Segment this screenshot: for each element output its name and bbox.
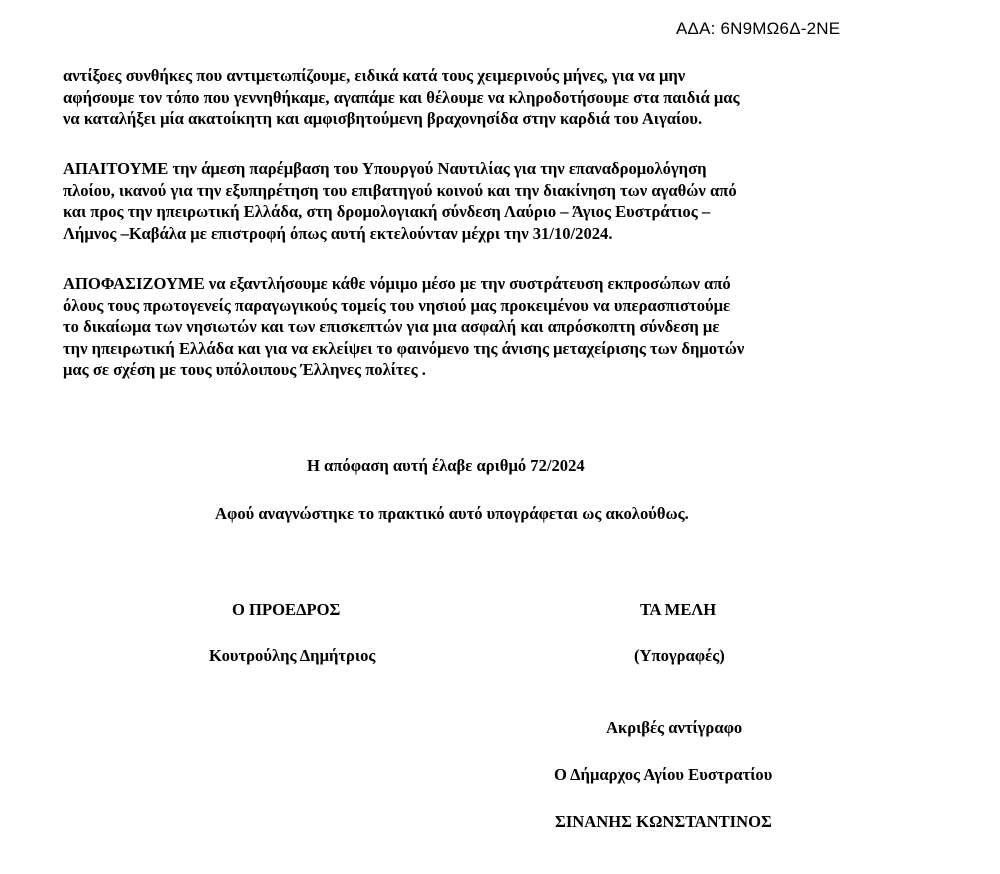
read-statement: Αφού αναγνώστηκε το πρακτικό αυτό υπογρά… <box>215 504 689 524</box>
paragraph-line: μας σε σχέση με τους υπόλοιπους Έλληνες … <box>63 359 963 381</box>
paragraph-line: και προς την ηπειρωτική Ελλάδα, στη δρομ… <box>63 201 963 223</box>
paragraph-line: Λήμνος –Καβάλα με επιστροφή όπως αυτή εκ… <box>63 223 963 245</box>
paragraph-line: ΑΠΟΦΑΣΙΖΟΥΜΕ να εξαντλήσουμε κάθε νόμιμο… <box>63 273 963 295</box>
paragraph-line: να καταλήξει μία ακατοίκητη και αμφισβητ… <box>63 108 963 130</box>
paragraph-line: αφήσουμε τον τόπο που γεννηθήκαμε, αγαπά… <box>63 87 963 109</box>
paragraph-line: ΑΠΑΙΤΟΥΜΕ την άμεση παρέμβαση του Υπουργ… <box>63 158 963 180</box>
paragraph-line: αντίξοες συνθήκες που αντιμετωπίζουμε, ε… <box>63 65 963 87</box>
paragraph-line: την ηπειρωτική Ελλάδα και για να εκλείψε… <box>63 338 963 360</box>
paragraph-demand: ΑΠΑΙΤΟΥΜΕ την άμεση παρέμβαση του Υπουργ… <box>63 158 963 244</box>
paragraph-conditions: αντίξοες συνθήκες που αντιμετωπίζουμε, ε… <box>63 65 963 130</box>
members-title: ΤΑ ΜΕΛΗ <box>640 600 716 620</box>
certified-copy: Ακριβές αντίγραφο <box>606 718 742 738</box>
mayor-name: ΣΙΝΑΝΗΣ ΚΩΝΣΤΑΝΤΙΝΟΣ <box>555 812 772 832</box>
president-name: Κουτρούλης Δημήτριος <box>209 646 375 666</box>
president-title: Ο ΠΡΟΕΔΡΟΣ <box>232 600 340 620</box>
ada-code: ΑΔΑ: 6Ν9ΜΩ6Δ-2ΝΕ <box>676 19 840 39</box>
paragraph-decision: ΑΠΟΦΑΣΙΖΟΥΜΕ να εξαντλήσουμε κάθε νόμιμο… <box>63 273 963 381</box>
members-signatures: (Υπογραφές) <box>634 646 725 666</box>
paragraph-line: πλοίου, ικανού για την εξυπηρέτηση του ε… <box>63 180 963 202</box>
mayor-title: Ο Δήμαρχος Αγίου Ευστρατίου <box>554 765 772 785</box>
paragraph-line: το δικαίωμα των νησιωτών και των επισκεπ… <box>63 316 963 338</box>
paragraph-line: όλους τους πρωτογενείς παραγωγικούς τομε… <box>63 295 963 317</box>
decision-number: Η απόφαση αυτή έλαβε αριθμό 72/2024 <box>307 456 585 476</box>
